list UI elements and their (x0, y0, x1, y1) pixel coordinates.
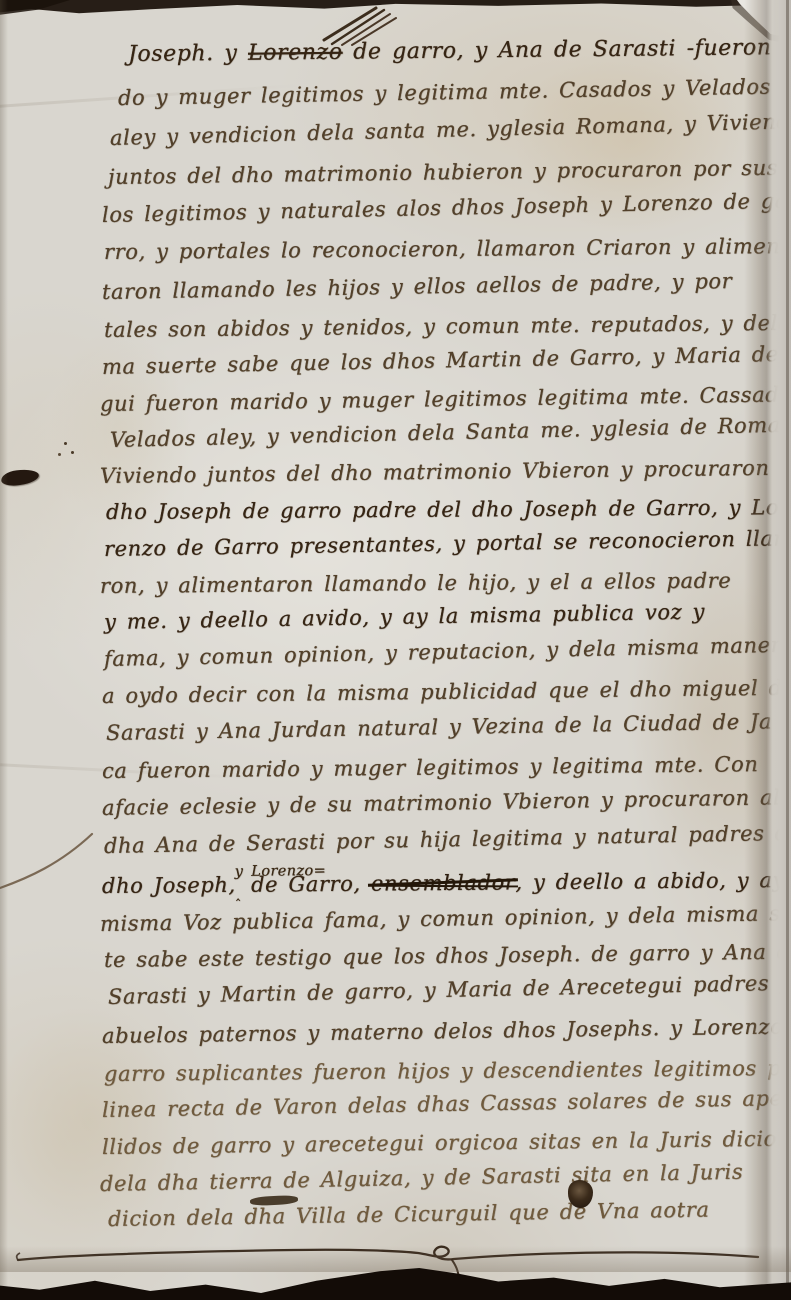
ink-blot (0, 468, 40, 488)
manuscript-line: tales son abidos y tenidos, y comun mte.… (104, 312, 791, 341)
manuscript-line: abuelos paternos y materno delos dhos Jo… (102, 1016, 791, 1047)
line-text: los legitimos y naturales alos dhos Jose… (102, 189, 788, 227)
line-text: garro suplicantes fueron hijos y descend… (104, 1056, 791, 1086)
manuscript-line: dho Joseph,‸y Lorenzo= de Garro, ensembl… (102, 870, 791, 902)
line-text: Viviendo juntos del dho matrimonio Vbier… (100, 455, 791, 488)
line-text: tales son abidos y tenidos, y comun mte.… (104, 310, 791, 342)
marginal-dots (64, 442, 67, 445)
line-text: ron, y alimentaron llamando le hijo, y e… (100, 568, 732, 598)
stray-pen-stroke (0, 824, 104, 892)
line-text: gui fueron marido y muger legitimos legi… (100, 382, 791, 416)
bottom-shadow (0, 1246, 791, 1272)
manuscript-line: Sarasti y Martin de garro, y Maria de Ar… (108, 973, 791, 1008)
manuscript-line: te sabe este testigo que los dhos Joseph… (104, 941, 791, 971)
line-text: dicion dela dha Villa de Cicurguil que d… (108, 1198, 710, 1231)
manuscript-line: afacie eclesie y de su matrimonio Vbiero… (102, 787, 791, 819)
manuscript-line: ca fueron marido y muger legitimos y leg… (102, 754, 759, 782)
manuscript-line: Sarasti y Ana Jurdan natural y Vezina de… (106, 711, 773, 744)
manuscript-page: Joseph. y Lorenzo de garro, y Ana de Sar… (0, 0, 791, 1300)
line-text: de garro, y Ana de Sarasti -fueron mari (343, 35, 791, 65)
line-text: llidos de garro y arecetegui orgicoa sit… (102, 1127, 791, 1159)
struck-word: ensemblador (371, 870, 516, 895)
line-text: misma Voz publica fama, y comun opinion,… (100, 901, 791, 936)
page-edge-bottom (0, 1268, 791, 1300)
manuscript-line: Joseph. y Lorenzo de garro, y Ana de Sar… (128, 37, 791, 66)
manuscript-line: dicion dela dha Villa de Cicurguil que d… (108, 1200, 710, 1230)
manuscript-line: rro, y portales lo reconocieron, llamaro… (104, 236, 781, 263)
page-edge-left (0, 0, 8, 1300)
closing-rule-flourish (14, 1232, 776, 1296)
line-text: te sabe este testigo que los dhos Joseph… (104, 939, 791, 972)
line-text: Joseph. y (128, 41, 248, 67)
manuscript-line: gui fueron marido y muger legitimos legi… (100, 384, 791, 415)
line-text: dela dha tierra de Alguiza, y de Sarasti… (100, 1160, 744, 1196)
page-edge-top (0, 0, 791, 14)
manuscript-line: renzo de Garro presentantes, y portal se… (104, 528, 791, 560)
manuscript-line: y me. y deello a avido, y ay la misma pu… (104, 602, 705, 633)
insertion-text: y Lorenzo= (235, 864, 327, 879)
line-text: renzo de Garro presentantes, y portal se… (104, 526, 791, 561)
line-text: ma suerte sabe que los dhos Martin de Ga… (102, 340, 791, 379)
manuscript-line: dela dha tierra de Alguiza, y de Sarasti… (100, 1162, 744, 1195)
manuscript-line: garro suplicantes fueron hijos y descend… (104, 1058, 791, 1085)
manuscript-line: taron llamando les hijos y ellos aellos … (102, 271, 733, 303)
line-text: taron llamando les hijos y ellos aellos … (102, 269, 733, 304)
line-text: aley y vendicion dela santa me. yglesia … (110, 109, 791, 150)
manuscript-line: dha Ana de Serasti por su hija legitima … (104, 822, 791, 857)
manuscript-line: a oydo decir con la misma publicidad que… (102, 678, 791, 707)
manuscript-line: juntos del dho matrimonio hubieron y pro… (108, 158, 778, 188)
line-text: abuelos paternos y materno delos dhos Jo… (102, 1014, 791, 1048)
line-text: juntos del dho matrimonio hubieron y pro… (108, 156, 778, 189)
line-text: Sarasti y Martin de garro, y Maria de Ar… (108, 971, 791, 1009)
line-text: dho Joseph de garro padre del dho Joseph… (106, 495, 779, 524)
manuscript-line: llidos de garro y arecetegui orgicoa sit… (102, 1129, 791, 1158)
manuscript-line: Viviendo juntos del dho matrimonio Vbier… (100, 457, 791, 487)
manuscript-line: ma suerte sabe que los dhos Martin de Ga… (102, 342, 791, 378)
line-text: linea recta de Varon delas dhas Cassas s… (102, 1086, 783, 1122)
manuscript-line: misma Voz publica fama, y comun opinion,… (100, 903, 791, 935)
line-text: y me. y deello a avido, y ay la misma pu… (104, 600, 705, 634)
line-text: , y deello a abido, y ay la (515, 868, 791, 895)
manuscript-line: los legitimos y naturales alos dhos Jose… (102, 191, 788, 226)
manuscript-line: aley y vendicion dela santa me. yglesia … (110, 111, 791, 149)
manuscript-line: ron, y alimentaron llamando le hijo, y e… (100, 570, 732, 597)
line-text: fama, y comun opinion, y reputacion, y d… (104, 633, 791, 671)
line-text: dha Ana de Serasti por su hija legitima … (104, 820, 791, 858)
line-text: afacie eclesie y de su matrimonio Vbiero… (102, 785, 791, 820)
line-text: a oydo decir con la misma publicidad que… (102, 676, 791, 708)
manuscript-line: fama, y comun opinion, y reputacion, y d… (104, 635, 791, 670)
line-text: Velados aley, y vendicion dela Santa me.… (110, 413, 781, 452)
manuscript-line: linea recta de Varon delas dhas Cassas s… (102, 1088, 783, 1121)
line-text: ca fueron marido y muger legitimos y leg… (102, 752, 759, 783)
page-corner-top-left (0, 0, 70, 16)
struck-word: Lorenzo (248, 40, 343, 66)
line-text: dho Joseph, (102, 873, 236, 898)
manuscript-line: Velados aley, y vendicion dela Santa me.… (110, 415, 781, 451)
manuscript-line: do y muger legitimos y legitima mte. Cas… (118, 77, 771, 109)
manuscript-line: dho Joseph de garro padre del dho Joseph… (106, 497, 779, 523)
line-text: do y muger legitimos y legitima mte. Cas… (118, 75, 771, 110)
line-text: rro, y portales lo reconocieron, llamaro… (104, 234, 781, 264)
line-text: Sarasti y Ana Jurdan natural y Vezina de… (106, 709, 773, 745)
